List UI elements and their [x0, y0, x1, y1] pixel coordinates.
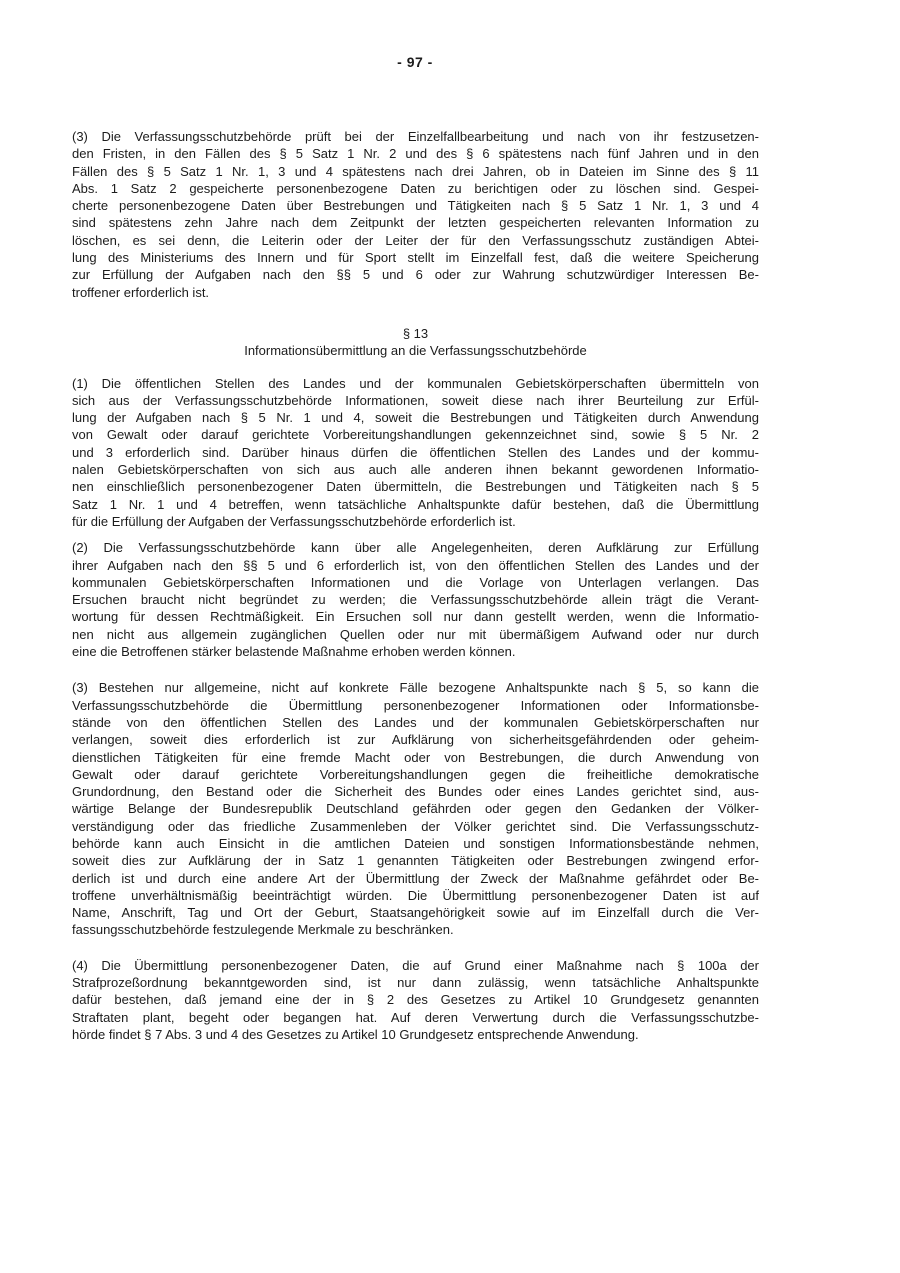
text-line: von Gewalt oder darauf gerichtete Vorber… — [72, 426, 759, 443]
text-line: fassungsschutzbehörde festzulegende Merk… — [72, 921, 759, 938]
text-content: (3) Die Verfassungsschutzbehörde prüft b… — [72, 128, 759, 1043]
paragraph-4: (4) Die Übermittlung personenbezogener D… — [72, 957, 759, 1043]
paragraph-1: (1) Die öffentlichen Stellen des Landes … — [72, 375, 759, 531]
text-line: Strafprozeßordnung bekanntgeworden sind,… — [72, 974, 759, 991]
text-line: (4) Die Übermittlung personenbezogener D… — [72, 957, 759, 974]
text-line: den Fristen, in den Fällen des § 5 Satz … — [72, 145, 759, 162]
text-line: nen nicht aus allgemein zugänglichen Que… — [72, 626, 759, 643]
heading-line: § 13 — [72, 325, 759, 342]
text-line: ihrer Aufgaben nach den §§ 5 und 6 erfor… — [72, 557, 759, 574]
text-line: (3) Bestehen nur allgemeine, nicht auf k… — [72, 679, 759, 696]
text-line: Ersuchen braucht nicht begründet zu werd… — [72, 591, 759, 608]
text-line: verlangen, soweit dies erforderlich ist … — [72, 731, 759, 748]
text-line: lung des Ministeriums des Innern und für… — [72, 249, 759, 266]
text-line: behörde kann auch Einsicht in die amtlic… — [72, 835, 759, 852]
text-line: kommunalen Gebietskörperschaften Informa… — [72, 574, 759, 591]
text-line: und 3 erforderlich sind. Darüber hinaus … — [72, 444, 759, 461]
text-line: Grundordnung, den Bestand oder die Siche… — [72, 783, 759, 800]
text-line: (3) Die Verfassungsschutzbehörde prüft b… — [72, 128, 759, 145]
text-line: hörde findet § 7 Abs. 3 und 4 des Gesetz… — [72, 1026, 759, 1043]
text-line: wärtige Belange der Bundesrepublik Deuts… — [72, 800, 759, 817]
section-heading-13: § 13Informationsübermittlung an die Verf… — [72, 325, 759, 360]
text-line: sind spätestens zehn Jahre nach dem Zeit… — [72, 214, 759, 231]
text-line: verständigung oder das friedliche Zusamm… — [72, 818, 759, 835]
paragraph-2: (2) Die Verfassungsschutzbehörde kann üb… — [72, 539, 759, 660]
text-line: Satz 1 Nr. 1 und 4 betreffen, wenn tatsä… — [72, 496, 759, 513]
text-line: troffene unverhältnismäßig beeinträchtig… — [72, 887, 759, 904]
text-line: (1) Die öffentlichen Stellen des Landes … — [72, 375, 759, 392]
text-line: troffener erforderlich ist. — [72, 284, 759, 301]
text-line: stände von den öffentlichen Stellen des … — [72, 714, 759, 731]
text-line: lung der Aufgaben nach § 5 Nr. 1 und 4, … — [72, 409, 759, 426]
text-line: zur Erfüllung der Aufgaben nach den §§ 5… — [72, 266, 759, 283]
text-line: Verfassungsschutzbehörde die Übermittlun… — [72, 697, 759, 714]
text-line: Straftaten plant, begeht oder begangen h… — [72, 1009, 759, 1026]
text-line: nen einschließlich personenbezogener Dat… — [72, 478, 759, 495]
text-line: sich aus der Verfassungsschutzbehörde In… — [72, 392, 759, 409]
text-line: löschen, es sei denn, die Leiterin oder … — [72, 232, 759, 249]
text-line: Gewalt oder darauf gerichtete Vorbereitu… — [72, 766, 759, 783]
text-line: eine die Betroffenen stärker belastende … — [72, 643, 759, 660]
text-line: nalen Gebietskörperschaften von sich aus… — [72, 461, 759, 478]
paragraph-3: (3) Bestehen nur allgemeine, nicht auf k… — [72, 679, 759, 938]
page-number: - 97 - — [0, 54, 830, 70]
document-page: - 97 - (3) Die Verfassungsschutzbehörde … — [0, 0, 900, 1273]
text-line: Fällen des § 5 Satz 1 Nr. 1, 3 und 4 spä… — [72, 163, 759, 180]
text-line: soweit dies zur Aufklärung der in Satz 1… — [72, 852, 759, 869]
text-line: derlich ist und durch eine andere Art de… — [72, 870, 759, 887]
text-line: Abs. 1 Satz 2 gespeicherte personenbezog… — [72, 180, 759, 197]
paragraph-3-continuation: (3) Die Verfassungsschutzbehörde prüft b… — [72, 128, 759, 301]
text-line: dienstlichen Tätigkeiten für eine fremde… — [72, 749, 759, 766]
text-line: wortung für dessen Rechtmäßigkeit. Ein E… — [72, 608, 759, 625]
text-line: cherte personenbezogene Daten über Bestr… — [72, 197, 759, 214]
text-line: (2) Die Verfassungsschutzbehörde kann üb… — [72, 539, 759, 556]
heading-line: Informationsübermittlung an die Verfassu… — [72, 342, 759, 359]
text-line: für die Erfüllung der Aufgaben der Verfa… — [72, 513, 759, 530]
text-line: dafür bestehen, daß jemand eine der in §… — [72, 991, 759, 1008]
text-line: Name, Anschrift, Tag und Ort der Geburt,… — [72, 904, 759, 921]
